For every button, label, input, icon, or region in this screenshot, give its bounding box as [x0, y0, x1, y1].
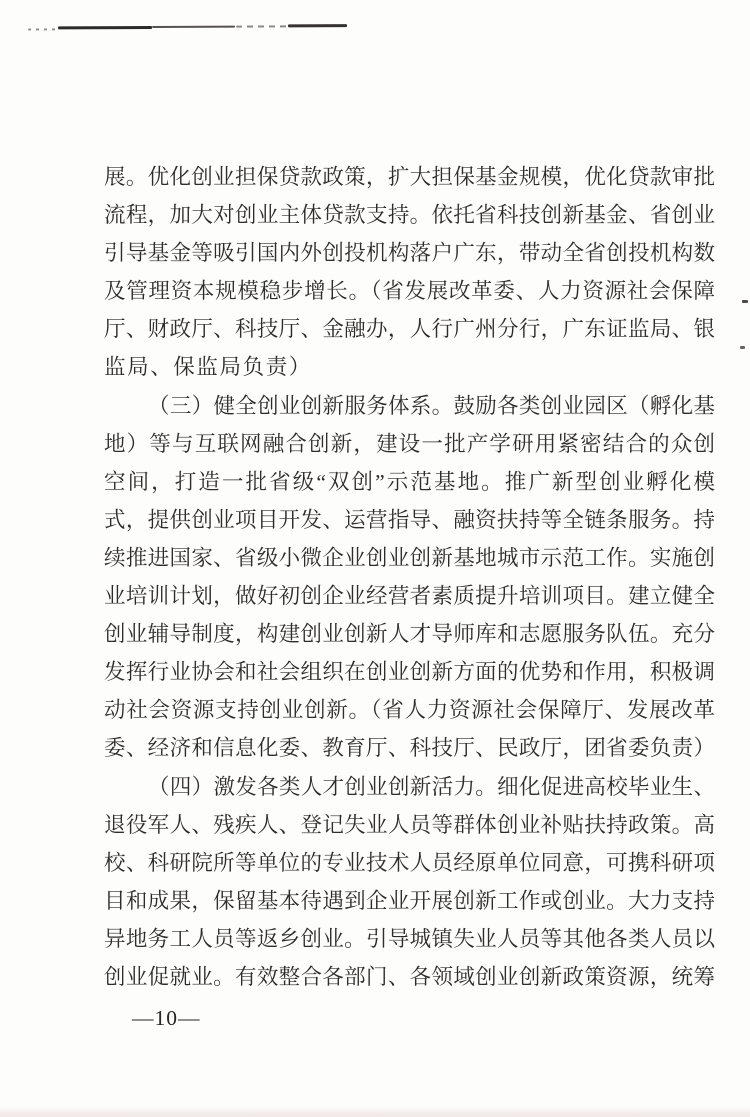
text-line: 目和成果，保留基本待遇到企业开展创新工作或创业。大力支持 [104, 882, 715, 920]
text-line: 续推进国家、省级小微企业创业创新基地城市示范工作。实施创 [104, 539, 715, 577]
text-line: 流程，加大对创业主体贷款支持。依托省科技创新基金、省创业 [104, 196, 715, 234]
text-line: 展。优化创业担保贷款政策，扩大担保基金规模，优化贷款审批 [104, 158, 715, 196]
text-line: 空间，打造一批省级“双创”示范基地。推广新型创业孵化模 [104, 463, 715, 501]
scan-line-segment [236, 25, 287, 27]
text-column: 展。优化创业担保贷款政策，扩大担保基金规模，优化贷款审批流程，加大对创业主体贷款… [104, 158, 715, 996]
text-line: 退役军人、残疾人、登记失业人员等群体创业补贴扶持政策。高 [104, 806, 715, 844]
text-line: 式，提供创业项目开发、运营指导、融资扶持等全链条服务。持 [104, 501, 715, 539]
scan-edge-artifact [0, 0, 750, 42]
text-line: 地）等与互联网融合创新，建设一批产学研用紧密结合的众创 [104, 425, 715, 463]
text-line: 监局、保监局负责） [104, 348, 715, 386]
text-line: 发挥行业协会和社会组织在创业创新方面的优势和作用，积极调 [104, 653, 715, 691]
scan-speck [742, 300, 748, 303]
text-line: 及管理资本规模稳步增长。（省发展改革委、人力资源社会保障 [104, 272, 715, 310]
text-line: 业培训计划，做好初创企业经营者素质提升培训项目。建立健全 [104, 577, 715, 615]
scan-line-segment [152, 26, 235, 28]
text-line: 动社会资源支持创业创新。（省人力资源社会保障厅、发展改革 [104, 691, 715, 729]
page-number: —10— [132, 1006, 201, 1031]
scan-line-segment [288, 24, 347, 27]
scan-line-segment [58, 26, 152, 29]
text-line: （三）健全创业创新服务体系。鼓励各类创业园区（孵化基 [104, 387, 715, 425]
text-line: 引导基金等吸引国内外创投机构落户广东，带动全省创投机构数 [104, 234, 715, 272]
text-line: 创业辅导制度，构建创业创新人才导师库和志愿服务队伍。充分 [104, 615, 715, 653]
text-line: 校、科研院所等单位的专业技术人员经原单位同意，可携科研项 [104, 844, 715, 882]
scan-bottom-edge [0, 1107, 750, 1117]
text-line: 创业促就业。有效整合各部门、各领域创业创新政策资源，统筹 [104, 958, 715, 996]
scan-speck [740, 346, 745, 349]
scanned-document-page: 展。优化创业担保贷款政策，扩大担保基金规模，优化贷款审批流程，加大对创业主体贷款… [0, 0, 750, 1117]
text-line: 委、经济和信息化委、教育厅、科技厅、民政厅，团省委负责） [104, 729, 715, 767]
text-line: 异地务工人员等返乡创业。引导城镇失业人员等其他各类人员以 [104, 920, 715, 958]
scan-line-segment [28, 28, 57, 30]
text-line: 厅、财政厅、科技厅、金融办，人行广州分行，广东证监局、银 [104, 310, 715, 348]
text-line: （四）激发各类人才创业创新活力。细化促进高校毕业生、 [104, 768, 715, 806]
